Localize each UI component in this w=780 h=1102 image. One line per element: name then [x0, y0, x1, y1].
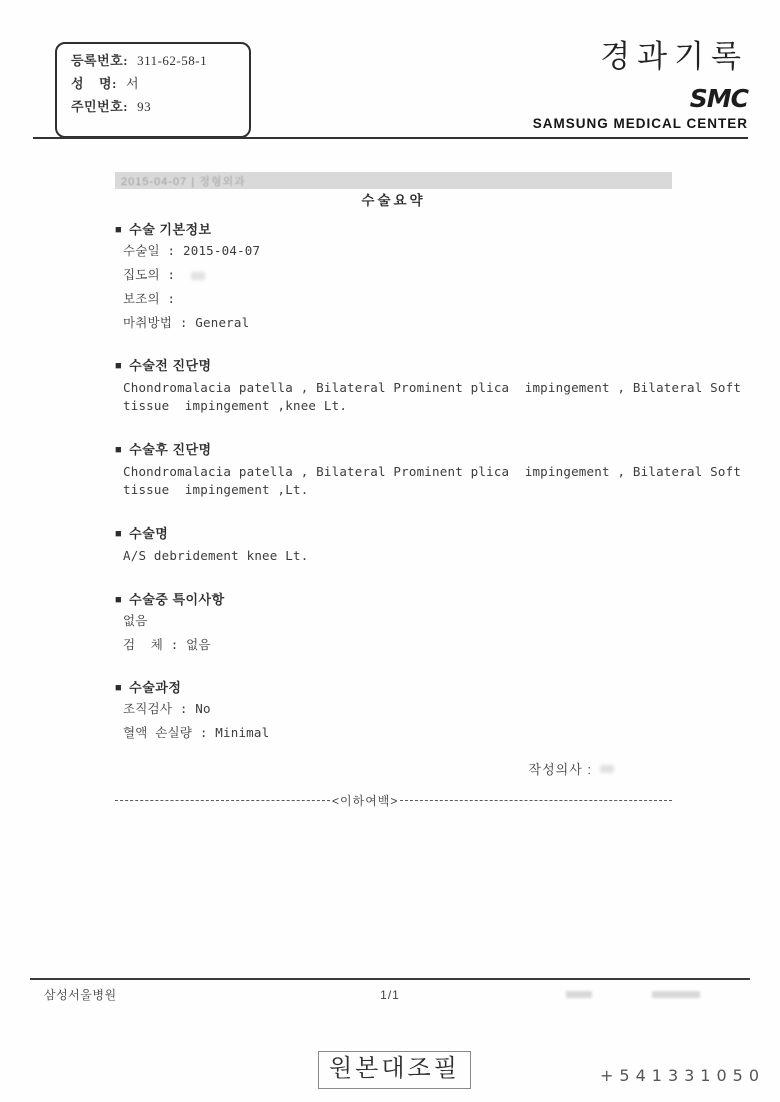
section-preop-diagnosis-body: Chondromalacia patella , Bilateral Promi… — [115, 379, 672, 415]
redacted-writer-name — [600, 765, 614, 773]
biopsy-line: 조직검사 : No — [123, 701, 672, 717]
redacted-mark — [191, 272, 205, 280]
header-divider-line — [33, 137, 748, 139]
summary-title: 수술요약 — [115, 193, 672, 209]
section-surgery-course: ■ 수술과정 조직검사 : No 혈액 손실량 : Minimal — [115, 680, 672, 741]
smc-logo: SMC — [533, 86, 748, 112]
patient-reg-number-row: 등록번호: 311-62-58-1 — [71, 52, 249, 69]
section-intraop-remarks-header: ■ 수술중 특이사항 — [115, 592, 672, 608]
square-bullet-icon: ■ — [115, 683, 122, 694]
end-of-document-divider: <이하여백> — [115, 792, 672, 809]
blood-loss-line: 혈액 손실량 : Minimal — [123, 725, 672, 741]
section-title: 수술후 진단명 — [129, 442, 211, 458]
record-date-highlight-bar: 2015-04-07 | 정형외과 — [115, 172, 672, 189]
assistant-line: 보조의 : — [123, 291, 672, 307]
reg-number-value: 311-62-58-1 — [137, 52, 207, 69]
surgeon-line: 집도의 : — [123, 267, 672, 283]
patient-id-row: 주민번호: 93 — [71, 98, 249, 115]
document-barcode-number: +541331050 — [600, 1066, 765, 1085]
section-title: 수술중 특이사항 — [129, 592, 225, 608]
square-bullet-icon: ■ — [115, 529, 122, 540]
reg-number-label: 등록번호: — [71, 52, 128, 69]
end-of-document-marker: <이하여백> — [330, 792, 400, 809]
footer-row: 1/1 삼성서울병원 — [30, 986, 750, 1003]
specimen-line: 검 체 : 없음 — [123, 637, 672, 653]
writer-row: 작성의사 : — [115, 759, 672, 778]
section-title: 수술명 — [129, 526, 168, 542]
diagnosis-text-line: Chondromalacia patella , Bilateral Promi… — [123, 463, 672, 481]
section-postop-diagnosis-body: Chondromalacia patella , Bilateral Promi… — [115, 463, 672, 499]
diagnosis-text-line: Chondromalacia patella , Bilateral Promi… — [123, 379, 672, 397]
patient-name-value: 서 — [126, 75, 139, 92]
page-footer: 1/1 삼성서울병원 — [30, 978, 750, 1003]
section-basic-info-body: 수술일 : 2015-04-07 집도의 : 보조의 : 마취방법 : Gene… — [115, 243, 672, 331]
surgeon-line-text: 집도의 : — [123, 267, 183, 282]
document-title: 경과기록 — [533, 40, 748, 74]
section-intraop-remarks-body: 없음 검 체 : 없음 — [115, 613, 672, 653]
diagnosis-text-line: tissue impingement ,knee Lt. — [123, 397, 672, 415]
original-copy-verification-stamp: 원본대조필 — [318, 1051, 471, 1089]
section-title: 수술과정 — [129, 680, 181, 696]
record-date-text: 2015-04-07 | 정형외과 — [121, 173, 246, 189]
diagnosis-text-line: tissue impingement ,Lt. — [123, 481, 672, 499]
hospital-name-english: SAMSUNG MEDICAL CENTER — [533, 116, 748, 132]
section-postop-diagnosis: ■ 수술후 진단명 Chondromalacia patella , Bilat… — [115, 442, 672, 499]
section-surgery-name-header: ■ 수술명 — [115, 526, 672, 542]
section-surgery-course-body: 조직검사 : No 혈액 손실량 : Minimal — [115, 701, 672, 741]
patient-id-value: 93 — [137, 98, 151, 115]
surgery-name-line: A/S debridement knee Lt. — [123, 547, 672, 565]
header-right: 경과기록 SMC SAMSUNG MEDICAL CENTER — [533, 40, 748, 132]
patient-info-box: 등록번호: 311-62-58-1 성 명: 서 주민번호: 93 — [55, 42, 251, 138]
patient-name-label: 성 명: — [71, 75, 117, 92]
section-preop-diagnosis-header: ■ 수술전 진단명 — [115, 358, 672, 374]
section-basic-info-header: ■ 수술 기본정보 — [115, 222, 672, 238]
section-surgery-course-header: ■ 수술과정 — [115, 680, 672, 696]
faint-mark — [566, 991, 592, 998]
section-postop-diagnosis-header: ■ 수술후 진단명 — [115, 442, 672, 458]
scanned-medical-document: 등록번호: 311-62-58-1 성 명: 서 주민번호: 93 경과기록 S… — [0, 0, 780, 1102]
section-surgery-name-body: A/S debridement knee Lt. — [115, 547, 672, 565]
square-bullet-icon: ■ — [115, 445, 122, 456]
patient-id-label: 주민번호: — [71, 98, 128, 115]
record-content: 2015-04-07 | 정형외과 수술요약 ■ 수술 기본정보 수술일 : 2… — [115, 172, 672, 809]
section-intraop-remarks: ■ 수술중 특이사항 없음 검 체 : 없음 — [115, 592, 672, 653]
square-bullet-icon: ■ — [115, 361, 122, 372]
section-title: 수술 기본정보 — [129, 222, 211, 238]
page-number: 1/1 — [30, 988, 750, 1002]
remarks-line: 없음 — [123, 613, 672, 629]
section-title: 수술전 진단명 — [129, 358, 211, 374]
square-bullet-icon: ■ — [115, 225, 122, 236]
surgery-date-line: 수술일 : 2015-04-07 — [123, 243, 672, 259]
section-preop-diagnosis: ■ 수술전 진단명 Chondromalacia patella , Bilat… — [115, 358, 672, 415]
section-basic-info: ■ 수술 기본정보 수술일 : 2015-04-07 집도의 : 보조의 : 마… — [115, 222, 672, 331]
faint-mark — [652, 991, 700, 998]
section-surgery-name: ■ 수술명 A/S debridement knee Lt. — [115, 526, 672, 565]
anesthesia-line: 마취방법 : General — [123, 315, 672, 331]
patient-name-row: 성 명: 서 — [71, 75, 249, 92]
square-bullet-icon: ■ — [115, 595, 122, 606]
writer-label: 작성의사 : — [529, 759, 592, 778]
